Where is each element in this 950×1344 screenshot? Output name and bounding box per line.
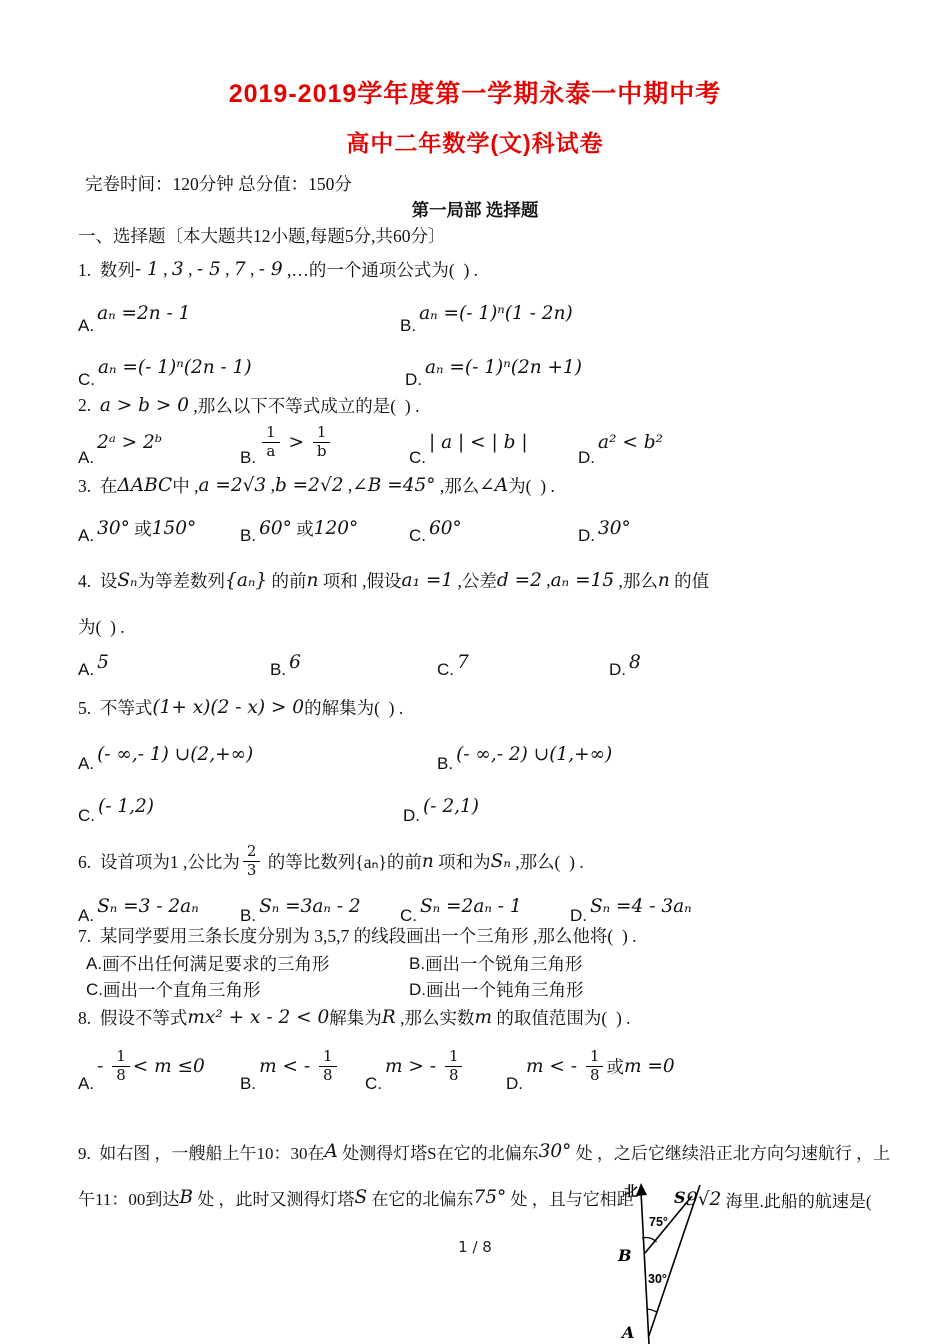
option-c: C.60°	[409, 508, 462, 548]
exam-page: { "page": { "footer": "1 / 8" }, "header…	[0, 0, 950, 1344]
option-a: A.5	[78, 642, 109, 682]
option-value: 2ᵃ > 2ᵇ	[97, 432, 162, 453]
option-label: A.	[78, 1075, 94, 1096]
option-value: (- ∞,- 2) ∪(1,+∞)	[456, 744, 612, 765]
question-9-stem-line1: 9. 如右图 ，一艘船上午10：30在A 处测得灯塔S在它的北偏东30° 处 ，…	[78, 1136, 890, 1166]
option-label: A.	[78, 527, 94, 548]
question-9-stem-line2: 午11：00到达B 处 ，此时又测得灯塔S 在它的北偏东75° 处 ，且与它相距	[78, 1182, 634, 1212]
option-b: B.画出一个锐角三角形	[409, 950, 583, 976]
angle-arc-a	[647, 1309, 658, 1313]
option-value: 画出一个直角三角形	[103, 977, 261, 1002]
option-value: Sₙ =3aₙ - 2	[259, 896, 361, 917]
option-label: C.	[78, 807, 95, 828]
option-a: A.30° 或150°	[78, 508, 196, 548]
option-d: D.aₙ =(- 1)ⁿ(2n +1)	[405, 342, 582, 392]
option-a: A.- 18< m ≤0	[78, 1036, 205, 1096]
option-value: a² < b²	[598, 432, 663, 453]
option-value: 7	[457, 652, 469, 673]
option-label: C.	[409, 449, 426, 470]
option-d: D.a² < b²	[578, 414, 663, 470]
option-value: 30° 或150°	[97, 516, 196, 541]
north-line	[641, 1192, 649, 1344]
option-b: B.(- ∞,- 2) ∪(1,+∞)	[437, 732, 612, 776]
option-b: B.m < - 18	[240, 1036, 340, 1096]
option-a: A.2ᵃ > 2ᵇ	[78, 414, 162, 470]
option-value: 5	[97, 652, 109, 673]
option-label: B.	[240, 527, 256, 548]
option-label: D.	[403, 807, 420, 828]
option-value: 1a > 1b	[259, 424, 333, 460]
option-b: B.1a > 1b	[240, 414, 333, 470]
option-label: B.	[409, 955, 425, 972]
navigation-diagram: 北 S B A 75° 30°	[612, 1182, 712, 1344]
question-7-options-row-1: A.画不出任何满足要求的三角形 B.画出一个锐角三角形	[78, 950, 890, 976]
section-instructions: 一、选择题〔本大题共12小题,每题5分,共60分〕	[78, 223, 446, 248]
option-label: C.	[86, 981, 103, 998]
option-label: D.	[405, 371, 422, 392]
exam-meta: 完卷时间：120分钟 总分值：150分	[85, 171, 352, 196]
option-d: D.画出一个钝角三角形	[409, 976, 584, 1002]
option-value: m < - 18	[259, 1048, 339, 1084]
page-number: 1 / 8	[0, 1238, 950, 1256]
point-s-label: S	[674, 1188, 686, 1207]
option-label: A.	[86, 955, 102, 972]
option-b: B.60° 或120°	[240, 508, 358, 548]
option-value: 画不出任何满足要求的三角形	[102, 951, 330, 976]
option-value: 30°	[598, 518, 631, 539]
question-9-stem-tail: 9√2 海里.此船的航速是(	[686, 1184, 872, 1214]
option-value: 6	[289, 652, 301, 673]
question-1-stem: 1. 数列- 1 , 3 , - 5 , 7 , - 9 ,…的一个通项公式为(…	[78, 254, 478, 284]
question-8-options-row: A.- 18< m ≤0 B.m < - 18 C.m > - 18 D.m <…	[78, 1036, 890, 1096]
option-value: 8	[629, 652, 641, 673]
option-b: B.aₙ =(- 1)ⁿ(1 - 2n)	[400, 288, 573, 338]
option-c: C.| a | < | b |	[409, 414, 528, 470]
option-label: C.	[409, 527, 426, 548]
option-value: - 18< m ≤0	[97, 1048, 205, 1084]
question-2-options-row: A.2ᵃ > 2ᵇ B.1a > 1b C.| a | < | b | D.a²…	[78, 414, 890, 470]
option-value: aₙ =(- 1)ⁿ(2n - 1)	[98, 357, 252, 378]
option-label: C.	[365, 1075, 382, 1096]
question-5-options-row-2: C.(- 1,2) D.(- 2,1)	[78, 784, 890, 828]
option-value: aₙ =2n - 1	[97, 303, 190, 324]
question-5-options-row-1: A.(- ∞,- 1) ∪(2,+∞) B.(- ∞,- 2) ∪(1,+∞)	[78, 732, 890, 776]
angle-a-value: 30°	[648, 1272, 667, 1286]
north-label: 北	[624, 1183, 638, 1199]
option-label: B.	[437, 755, 453, 776]
option-value: (- ∞,- 1) ∪(2,+∞)	[97, 744, 253, 765]
option-label: C.	[78, 371, 95, 392]
option-d: D.8	[609, 642, 641, 682]
option-c: C.(- 1,2)	[78, 784, 154, 828]
option-label: D.	[506, 1075, 523, 1096]
option-value: 画出一个锐角三角形	[425, 951, 583, 976]
option-label: A.	[78, 755, 94, 776]
option-value: Sₙ =2aₙ - 1	[420, 896, 522, 917]
option-c: C.aₙ =(- 1)ⁿ(2n - 1)	[78, 342, 252, 392]
option-d: D.30°	[578, 508, 631, 548]
question-7-options-row-2: C.画出一个直角三角形 D.画出一个钝角三角形	[78, 976, 890, 1002]
option-label: B.	[240, 1075, 256, 1096]
option-value: aₙ =(- 1)ⁿ(1 - 2n)	[419, 303, 573, 324]
option-c: C.7	[437, 642, 469, 682]
option-label: D.	[409, 981, 426, 998]
question-4-stem-line2: 为( ) .	[78, 614, 125, 639]
section-title: 第一局部 选择题	[0, 197, 950, 222]
option-value: | a | < | b |	[429, 432, 528, 453]
question-3-options-row: A.30° 或150° B.60° 或120° C.60° D.30°	[78, 508, 890, 548]
question-3-stem: 3. 在ΔABC中 ,a =2√3 ,b =2√2 ,∠B =45° ,那么∠A…	[78, 470, 555, 500]
option-value: 60°	[429, 518, 462, 539]
line-a-to-s	[649, 1185, 701, 1337]
angle-b-value: 75°	[649, 1215, 668, 1229]
option-a: A.aₙ =2n - 1	[78, 288, 190, 338]
option-label: D.	[578, 527, 595, 548]
exam-title-line1: 2019-2019学年度第一学期永泰一中期中考	[0, 74, 950, 110]
option-a: A.(- ∞,- 1) ∪(2,+∞)	[78, 732, 253, 776]
option-c: C.画出一个直角三角形	[86, 976, 261, 1002]
question-5-stem: 5. 不等式(1+ x)(2 - x) > 0的解集为( ) .	[78, 692, 403, 722]
option-label: A.	[78, 317, 94, 338]
option-label: A.	[78, 661, 94, 682]
option-value: 60° 或120°	[259, 516, 358, 541]
option-label: B.	[240, 449, 256, 470]
question-4-options-row: A.5 B.6 C.7 D.8	[78, 642, 890, 682]
option-label: B.	[270, 661, 286, 682]
option-b: B.6	[270, 642, 301, 682]
option-value: aₙ =(- 1)ⁿ(2n +1)	[425, 357, 582, 378]
option-value: m > - 18	[385, 1048, 465, 1084]
option-label: D.	[578, 449, 595, 470]
question-4-stem: 4. 设Sₙ为等差数列{aₙ} 的前n 项和 ,假设a₁ =1 ,公差d =2 …	[78, 560, 709, 600]
option-d: D.m < - 18或m =0	[506, 1036, 675, 1096]
point-a-label: A	[620, 1323, 634, 1342]
question-8-stem: 8. 假设不等式mx² + x - 2 < 0解集为R ,那么实数m 的取值范围…	[78, 1002, 631, 1032]
option-c: C.m > - 18	[365, 1036, 465, 1096]
option-value: Sₙ =4 - 3aₙ	[590, 896, 692, 917]
option-value: (- 1,2)	[98, 796, 154, 817]
option-label: D.	[609, 661, 626, 682]
option-label: A.	[78, 449, 94, 470]
question-7-stem: 7. 某同学要用三条长度分别为 3,5,7 的线段画出一个三角形 ,那么他将( …	[78, 922, 637, 948]
option-value: (- 2,1)	[423, 796, 479, 817]
question-1-options-row-2: C.aₙ =(- 1)ⁿ(2n - 1) D.aₙ =(- 1)ⁿ(2n +1)	[78, 342, 890, 392]
option-label: B.	[400, 317, 416, 338]
option-d: D.(- 2,1)	[403, 784, 479, 828]
question-1-options-row-1: A.aₙ =2n - 1 B.aₙ =(- 1)ⁿ(1 - 2n)	[78, 288, 890, 338]
question-6-stem: 6. 设首项为1 ,公比为23 的等比数列{aₙ}的前n 项和为Sₙ ,那么( …	[78, 834, 584, 888]
option-value: 画出一个钝角三角形	[426, 977, 584, 1002]
option-value: m < - 18或m =0	[526, 1048, 675, 1084]
option-value: Sₙ =3 - 2aₙ	[97, 896, 199, 917]
option-a: A.画不出任何满足要求的三角形	[86, 950, 330, 976]
exam-title-line2: 高中二年数学(文)科试卷	[0, 125, 950, 158]
option-label: C.	[437, 661, 454, 682]
